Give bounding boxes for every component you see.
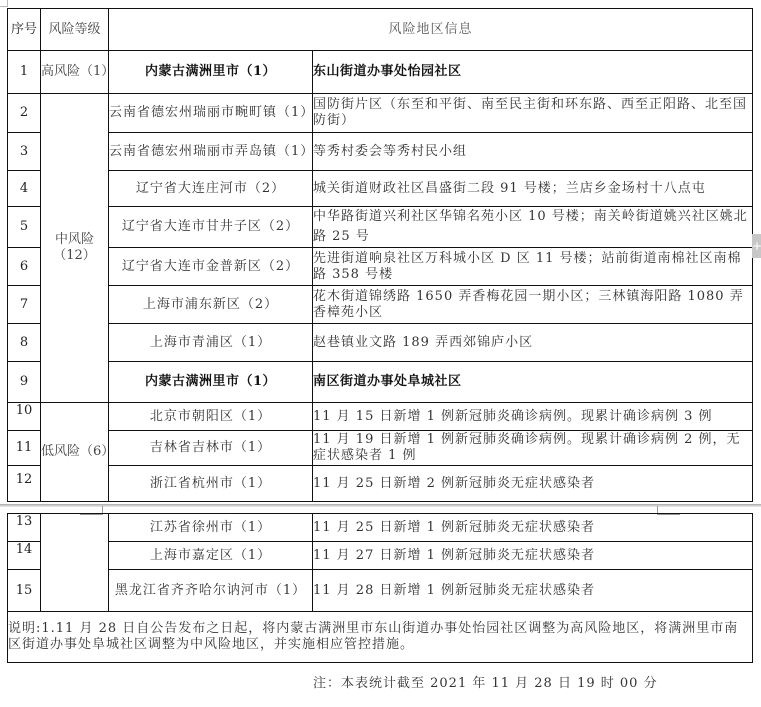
row-city: 内蒙古满洲里市（1）	[109, 51, 313, 94]
page-corner-mark	[0, 0, 8, 7]
row-addr: 等秀村委会等秀村民小组	[313, 133, 753, 171]
level-low: 低风险（6）	[41, 403, 109, 502]
row-no: 8	[8, 324, 41, 362]
row-addr: 11 月 27 日新增 1 例新冠肺炎无症状感染者	[313, 542, 753, 570]
table-row: 6 辽宁省大连市金普新区（2） 先进街道响泉社区万科城小区 D 区 11 号楼；…	[8, 248, 753, 286]
table-row: 13 江苏省徐州市（1） 11 月 25 日新增 1 例新冠肺炎无症状感染者	[8, 514, 753, 542]
row-no: 3	[8, 133, 41, 171]
level-high: 高风险（1）	[41, 51, 109, 94]
side-expand-button[interactable]: +	[752, 234, 761, 258]
row-city: 浙江省杭州市（1）	[109, 466, 313, 502]
table-row: 11 吉林省吉林市（1） 11 月 19 日新增 1 例新冠肺炎确诊病例。现累计…	[8, 431, 753, 466]
row-no: 13	[8, 514, 41, 542]
row-no: 9	[8, 362, 41, 403]
row-city: 上海市青浦区（1）	[109, 324, 313, 362]
row-no: 1	[8, 51, 41, 94]
table-row: 1 高风险（1） 内蒙古满洲里市（1） 东山街道办事处怡园社区	[8, 51, 753, 94]
table-row: 14 上海市嘉定区（1） 11 月 27 日新增 1 例新冠肺炎无症状感染者	[8, 542, 753, 570]
table-row: 8 上海市青浦区（1） 赵巷镇业文路 189 弄西郊锦庐小区	[8, 324, 753, 362]
row-city: 黑龙江省齐齐哈尔讷河市（1）	[109, 570, 313, 612]
risk-area-table-part1: 序号 风险等级 风险地区信息 1 高风险（1） 内蒙古满洲里市（1） 东山街道办…	[7, 8, 753, 502]
table-note: 说明:1.11 月 28 日自公告发布之日起，将内蒙古满洲里市东山街道办事处怡园…	[8, 612, 753, 663]
row-no: 5	[8, 207, 41, 248]
header-no: 序号	[8, 9, 41, 51]
row-city: 辽宁省大连庄河市（2）	[109, 171, 313, 207]
row-no: 2	[8, 94, 41, 133]
table-row: 4 辽宁省大连庄河市（2） 城关街道财政社区昌盛街二段 91 号楼；兰店乡金场村…	[8, 171, 753, 207]
level-low-continued	[41, 514, 109, 612]
row-no: 10	[8, 403, 41, 431]
row-city: 辽宁省大连市甘井子区（2）	[109, 207, 313, 248]
table-row: 10 低风险（6） 北京市朝阳区（1） 11 月 15 日新增 1 例新冠肺炎确…	[8, 403, 753, 431]
row-city: 云南省德宏州瑞丽市畹町镇（1）	[109, 94, 313, 133]
table-row: 9 内蒙古满洲里市（1） 南区街道办事处阜城社区	[8, 362, 753, 403]
row-no: 14	[8, 542, 41, 570]
table-row: 5 辽宁省大连市甘井子区（2） 中华路街道兴利社区华锦名苑小区 10 号楼；南关…	[8, 207, 753, 248]
note-row: 说明:1.11 月 28 日自公告发布之日起，将内蒙古满洲里市东山街道办事处怡园…	[8, 612, 753, 663]
table-row: 12 浙江省杭州市（1） 11 月 25 日新增 2 例新冠肺炎无症状感染者	[8, 466, 753, 502]
row-addr: 11 月 28 日新增 1 例新冠肺炎无症状感染者	[313, 570, 753, 612]
row-addr: 东山街道办事处怡园社区	[313, 51, 753, 94]
row-addr: 赵巷镇业文路 189 弄西郊锦庐小区	[313, 324, 753, 362]
table-row: 7 上海市浦东新区（2） 花木街道锦绣路 1650 弄香梅花园一期小区；三林镇海…	[8, 286, 753, 324]
row-city: 北京市朝阳区（1）	[109, 403, 313, 431]
row-addr: 11 月 15 日新增 1 例新冠肺炎确诊病例。现累计确诊病例 3 例	[313, 403, 753, 431]
row-city: 辽宁省大连市金普新区（2）	[109, 248, 313, 286]
row-addr: 国防街片区（东至和平街、南至民主街和环东路、西至正阳路、北至国防街）	[313, 94, 753, 133]
footer-note: 注：本表统计截至 2021 年 11 月 28 日 19 时 00 分	[313, 672, 658, 691]
row-city: 上海市嘉定区（1）	[109, 542, 313, 570]
row-addr: 城关街道财政社区昌盛街二段 91 号楼；兰店乡金场村十八点屯	[313, 171, 753, 207]
row-city: 江苏省徐州市（1）	[109, 514, 313, 542]
header-level: 风险等级	[41, 9, 109, 51]
row-no: 7	[8, 286, 41, 324]
row-addr: 先进街道响泉社区万科城小区 D 区 11 号楼；站前街道南棉社区南棉路 358 …	[313, 248, 753, 286]
row-city: 上海市浦东新区（2）	[109, 286, 313, 324]
row-no: 15	[8, 570, 41, 612]
header-info: 风险地区信息	[109, 9, 753, 51]
risk-area-table-part2: 13 江苏省徐州市（1） 11 月 25 日新增 1 例新冠肺炎无症状感染者 1…	[7, 513, 753, 663]
table-row: 3 云南省德宏州瑞丽市弄岛镇（1） 等秀村委会等秀村民小组	[8, 133, 753, 171]
table-row: 2 中风险（12） 云南省德宏州瑞丽市畹町镇（1） 国防街片区（东至和平街、南至…	[8, 94, 753, 133]
row-no: 11	[8, 431, 41, 466]
row-city: 云南省德宏州瑞丽市弄岛镇（1）	[109, 133, 313, 171]
row-addr: 11 月 19 日新增 1 例新冠肺炎确诊病例。现累计确诊病例 2 例，无症状感…	[313, 431, 753, 466]
row-addr: 11 月 25 日新增 2 例新冠肺炎无症状感染者	[313, 466, 753, 502]
row-no: 12	[8, 466, 41, 502]
page-break-line	[0, 504, 761, 507]
row-addr: 11 月 25 日新增 1 例新冠肺炎无症状感染者	[313, 514, 753, 542]
row-no: 4	[8, 171, 41, 207]
row-city: 吉林省吉林市（1）	[109, 431, 313, 466]
row-addr: 花木街道锦绣路 1650 弄香梅花园一期小区；三林镇海阳路 1080 弄香樟苑小…	[313, 286, 753, 324]
row-addr: 南区街道办事处阜城社区	[313, 362, 753, 403]
table-row: 15 黑龙江省齐齐哈尔讷河市（1） 11 月 28 日新增 1 例新冠肺炎无症状…	[8, 570, 753, 612]
row-addr: 中华路街道兴利社区华锦名苑小区 10 号楼；南关岭街道姚兴社区姚北路 25 号	[313, 207, 753, 248]
level-medium: 中风险（12）	[41, 94, 109, 403]
row-no: 6	[8, 248, 41, 286]
row-city: 内蒙古满洲里市（1）	[109, 362, 313, 403]
table-header-row: 序号 风险等级 风险地区信息	[8, 9, 753, 51]
